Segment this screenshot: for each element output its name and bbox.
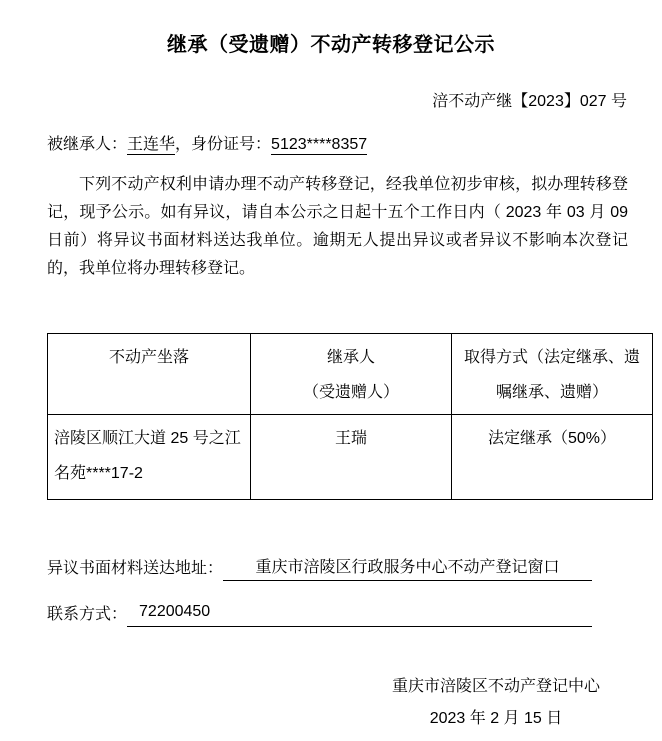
contact-phone-value: 72200450 <box>127 603 592 627</box>
header-property-location: 不动产坐落 <box>48 334 251 415</box>
notice-document: 继承（受遗赠）不动产转移登记公示 涪不动产继【2023】027 号 被继承人：王… <box>0 0 662 741</box>
decedent-label: 被继承人： <box>47 136 127 153</box>
signature-block: 重庆市涪陵区不动产登记中心 2023 年 2 月 15 日 <box>0 671 662 735</box>
issue-date: 2023 年 2 月 15 日 <box>392 703 600 735</box>
id-label: ，身份证号： <box>175 136 271 153</box>
header-heir-line1: 继承人 <box>257 340 445 375</box>
table-row: 涪陵区顺江大道 25 号之江名苑****17-2 王瑞 法定继承（50%） <box>48 415 653 500</box>
cell-heir-name: 王瑞 <box>251 415 452 500</box>
contact-label: 联系方式： <box>47 601 127 627</box>
decedent-name: 王连华 <box>127 136 175 155</box>
objection-address-label: 异议书面材料送达地址： <box>47 555 223 581</box>
header-acquisition-method: 取得方式（法定继承、遗嘱继承、遗赠） <box>452 334 653 415</box>
objection-address-line: 异议书面材料送达地址： 重庆市涪陵区行政服务中心不动产登记窗口 <box>47 554 592 581</box>
table-header-row: 不动产坐落 继承人 （受遗赠人） 取得方式（法定继承、遗嘱继承、遗赠） <box>48 334 653 415</box>
property-table: 不动产坐落 继承人 （受遗赠人） 取得方式（法定继承、遗嘱继承、遗赠） 涪陵区顺… <box>47 333 653 500</box>
cell-acquisition-method: 法定继承（50%） <box>452 415 653 500</box>
decedent-id-number: 5123****8357 <box>271 136 367 155</box>
signature-inner: 重庆市涪陵区不动产登记中心 2023 年 2 月 15 日 <box>392 671 600 735</box>
notice-body-paragraph: 下列不动产权利申请办理不动产转移登记，经我单位初步审核，拟办理转移登记，现予公示… <box>47 171 628 283</box>
issuing-organization: 重庆市涪陵区不动产登记中心 <box>392 671 600 703</box>
contact-line: 联系方式： 72200450 <box>47 601 592 627</box>
header-heir-line2: （受遗赠人） <box>257 375 445 410</box>
cell-property-location: 涪陵区顺江大道 25 号之江名苑****17-2 <box>48 415 251 500</box>
header-heir: 继承人 （受遗赠人） <box>251 334 452 415</box>
objection-address-value: 重庆市涪陵区行政服务中心不动产登记窗口 <box>223 554 592 581</box>
decedent-line: 被继承人：王连华，身份证号：5123****8357 <box>47 131 628 154</box>
document-title: 继承（受遗赠）不动产转移登记公示 <box>0 0 662 57</box>
document-number: 涪不动产继【2023】027 号 <box>0 88 662 111</box>
